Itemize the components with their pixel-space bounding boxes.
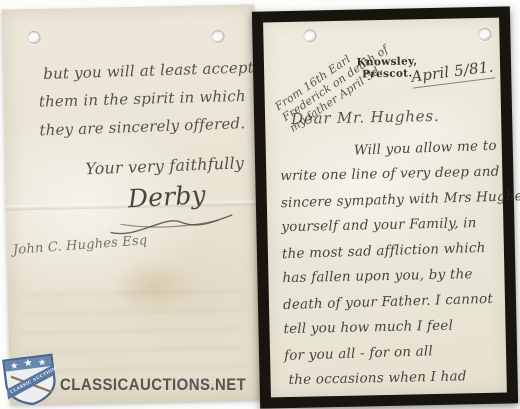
punch-hole [27, 31, 40, 44]
punch-hole [303, 29, 316, 42]
star-icon: ★ [10, 360, 20, 372]
star-icon: ★ [37, 357, 47, 369]
mourning-card-paper: From 16th Earl Frederick on death of my … [263, 18, 507, 398]
watermark-site-text: CLASSICAUCTIONS.NET [60, 375, 246, 395]
salutation-line: Dear Mr. Hughes. [291, 107, 440, 128]
punch-hole [478, 28, 491, 41]
letterhead-line: Prescot. [356, 67, 418, 80]
handwritten-line: but you will at least accept [43, 58, 254, 83]
handwritten-line: they are sincerely offered. [39, 114, 245, 139]
handwritten-line: has fallen upon you, by the [282, 266, 472, 286]
signature: Derby [127, 180, 206, 213]
handwritten-line: tell you how much I feel [283, 318, 453, 338]
handwritten-line: them in the spirit in which [39, 87, 246, 111]
handwritten-line: for you all - for on all [284, 343, 433, 364]
handwritten-line: the most sad affliction which [282, 240, 486, 262]
punch-hole [211, 30, 224, 43]
date-line: April 5/81. [410, 57, 495, 88]
letter-scan: but you will at least accept them in the… [0, 0, 520, 409]
classic-auctions-shield-icon: ★ ★ ★ CLASSIC AUCTIONS [0, 349, 61, 409]
auction-watermark: ★ ★ ★ CLASSIC AUCTIONS CLASSICAUCTIONS.N… [2, 352, 272, 406]
printed-letterhead: Knowsley, Prescot. [356, 55, 418, 80]
handwritten-line: write one line of very deep and [280, 164, 500, 185]
addressee-line: John C. Hughes Esq [12, 233, 147, 258]
handwritten-line: Will you allow me to [354, 138, 497, 159]
handwritten-line: yourself and your Family, in [281, 215, 477, 235]
handwritten-line: death of your Father. I cannot [283, 291, 493, 313]
letter-left-page: but you will at least accept them in the… [2, 4, 262, 404]
star-icon: ★ [23, 357, 34, 370]
closing-line: Your very faithfully [85, 153, 245, 178]
mourning-card: From 16th Earl Frederick on death of my … [252, 6, 518, 408]
handwritten-line: sincere sympathy with Mrs Hughes [281, 188, 520, 211]
handwritten-line: the occasions when I had [288, 368, 466, 388]
